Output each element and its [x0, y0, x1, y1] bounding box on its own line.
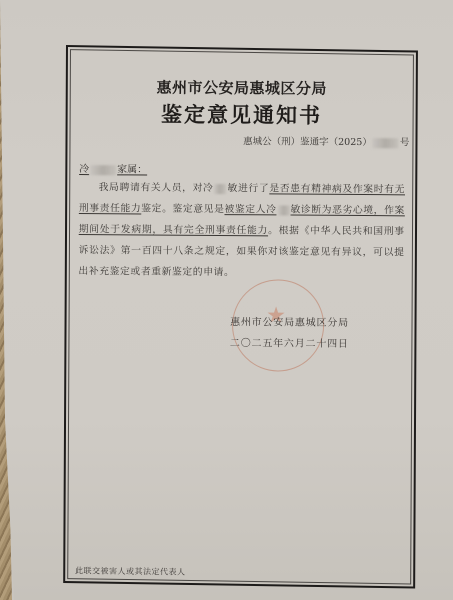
- doc-number-suffix: 号: [400, 137, 410, 148]
- salutation: 冷家属：: [79, 160, 147, 175]
- footer-note: 此联交被害人或其法定代表人: [75, 565, 186, 578]
- body-text-4: 鉴定。鉴定意见是: [141, 203, 224, 215]
- redacted-name: [214, 183, 226, 193]
- document-title: 鉴定意见通知书: [71, 98, 411, 130]
- body-text-1: 我局聘请有关人员，对冷: [99, 182, 214, 194]
- redacted-name: [90, 165, 116, 175]
- redacted-name: [277, 205, 289, 215]
- appraisal-opinion-a: 被鉴定人冷: [224, 204, 276, 215]
- document-content: 惠州市公安局惠城区分局 鉴定意见通知书 惠城公（刑）鉴通字（2025）号 冷家属…: [68, 50, 412, 582]
- doc-number-prefix: 惠城公（刑）鉴通字（2025）: [243, 136, 372, 148]
- notice-body: 我局聘请有关人员，对冷敏进行了是否患有精神病及作案时有无刑事责任能力鉴定。鉴定意…: [78, 177, 405, 284]
- salutation-name-prefix: 冷: [79, 164, 89, 175]
- signature-date: 二〇二五年六月二十四日: [230, 334, 349, 350]
- document-number: 惠城公（刑）鉴通字（2025）号: [243, 133, 409, 148]
- redacted-number: [373, 138, 399, 148]
- body-text-2: 敏进行了: [227, 183, 269, 194]
- salutation-suffix: 家属：: [117, 164, 147, 175]
- signature-org: 惠州市公安局惠城区分局: [230, 313, 349, 329]
- issuing-org-title: 惠州市公安局惠城区分局: [72, 76, 412, 99]
